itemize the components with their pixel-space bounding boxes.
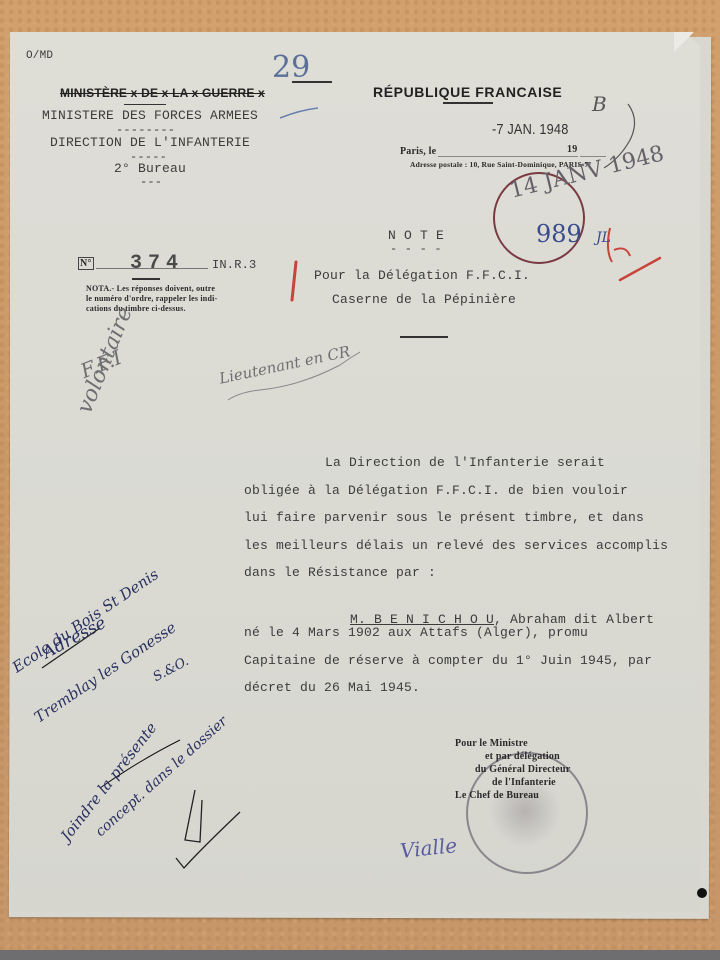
note-separator: - - - - <box>390 242 442 256</box>
body-line: lui faire parvenir sous le présent timbr… <box>244 510 644 525</box>
body-line: La Direction de l'Infanterie serait <box>325 455 605 470</box>
body-line: les meilleurs délais un relevé des servi… <box>244 538 668 553</box>
signature-line: de l'Infanterie <box>492 777 556 788</box>
person-name-line: M. B E N I C H O U, Abraham dit Albert <box>334 597 654 627</box>
signature-line: et par délégation <box>485 751 560 762</box>
body-line: obligée à la Délégation F.F.C.I. de bien… <box>244 483 628 498</box>
note-title: N O T E <box>388 228 444 243</box>
body-line: décret du 26 Mai 1945. <box>244 680 420 695</box>
initial-b: B <box>592 92 607 116</box>
body-line: Capitaine de réserve à compter du 1° Jui… <box>244 653 652 668</box>
signature-line: du Général Directeur <box>475 764 570 775</box>
divider <box>400 336 448 338</box>
recipient-line-1: Pour la Délégation F.F.C.I. <box>314 268 530 283</box>
body-line: né le 4 Mars 1902 aux Attafs (Alger), pr… <box>244 625 588 640</box>
recipient-line-2: Caserne de la Pépinière <box>332 292 516 307</box>
signature-line: Pour le Ministre <box>455 737 528 750</box>
signature-line: Le Chef de Bureau <box>455 790 539 801</box>
body-line: dans le Résistance par : <box>244 565 436 580</box>
received-number: 989 <box>536 220 582 248</box>
initials: JL <box>596 230 611 246</box>
